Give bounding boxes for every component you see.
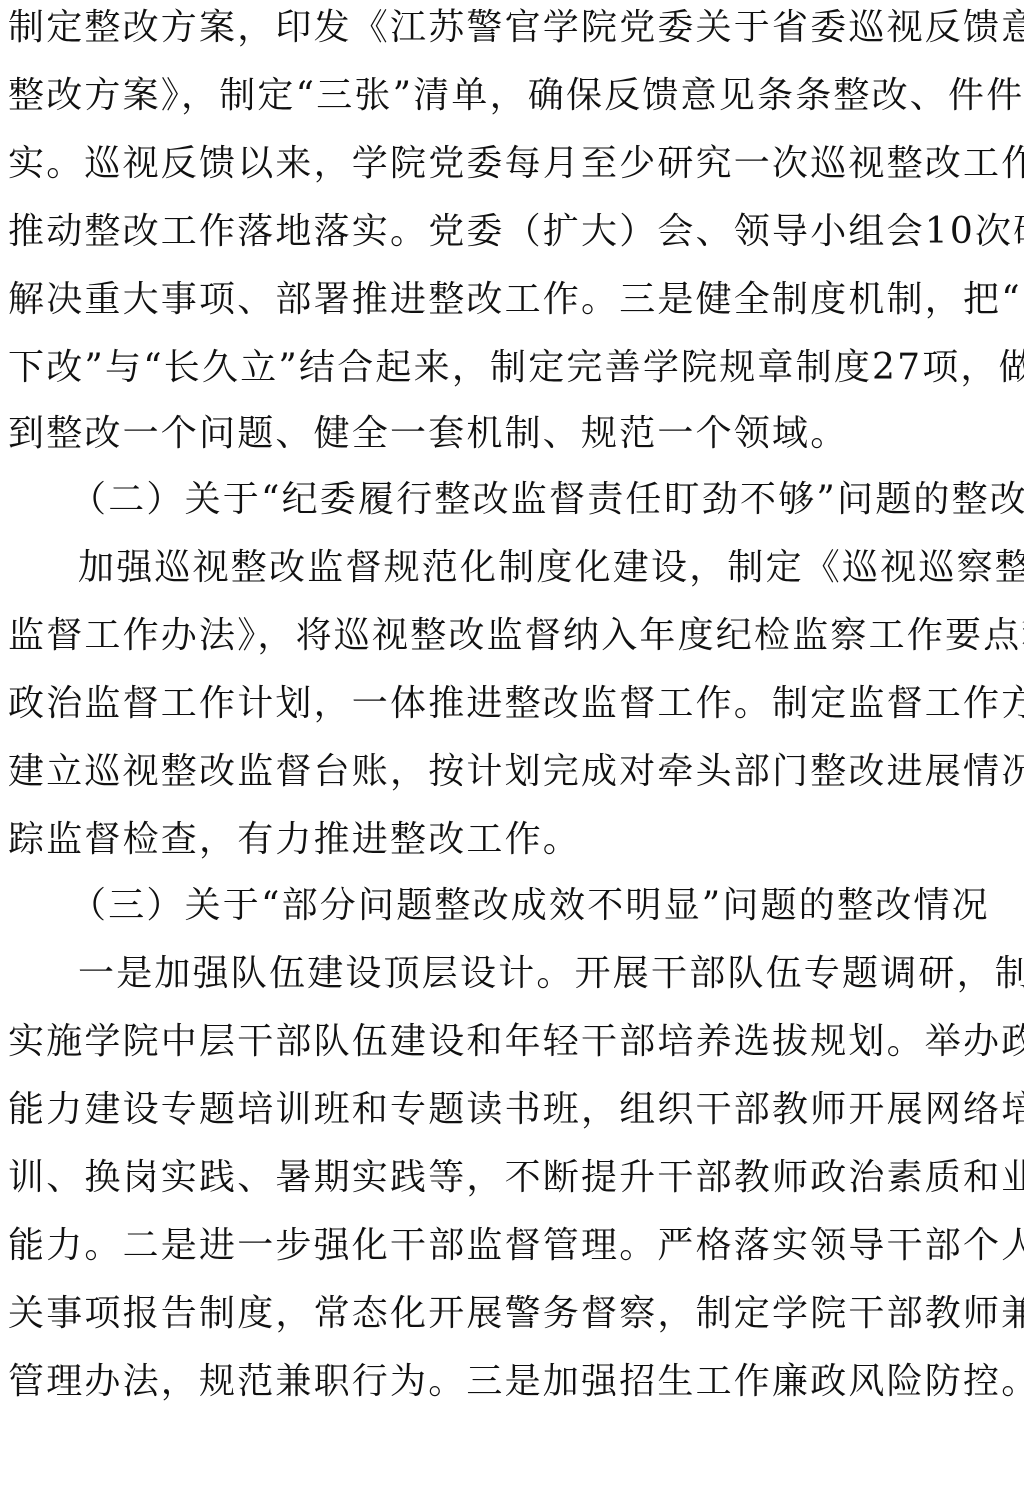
paragraph-1-line-7: 到整改一个问题、健全一套机制、规范一个领域。 bbox=[8, 406, 1000, 462]
section-2-heading: （二）关于“纪委履行整改监督责任盯劲不够”问题的整改情况 bbox=[70, 472, 1000, 528]
section-3-line-3: 能力建设专题培训班和专题读书班，组织干部教师开展网络培 bbox=[8, 1082, 1000, 1138]
paragraph-1-line-2: 整改方案》，制定“三张”清单，确保反馈意见条条整改、件件落 bbox=[8, 68, 1000, 124]
section-2-line-2: 监督工作办法》，将巡视整改监督纳入年度纪检监察工作要点和 bbox=[8, 608, 1000, 664]
paragraph-1-line-6: 下改”与“长久立”结合起来，制定完善学院规章制度27项，做 bbox=[8, 340, 1000, 396]
section-3-line-2: 实施学院中层干部队伍建设和年轻干部培养选拔规划。举办政治 bbox=[8, 1014, 1000, 1070]
section-3-line-1: 一是加强队伍建设顶层设计。开展干部队伍专题调研，制定 bbox=[78, 946, 1000, 1002]
paragraph-1-line-3: 实。巡视反馈以来，学院党委每月至少研究一次巡视整改工作， bbox=[8, 136, 1000, 192]
section-2-line-4: 建立巡视整改监督台账，按计划完成对牵头部门整改进展情况跟 bbox=[8, 744, 1000, 800]
section-3-line-4: 训、换岗实践、暑期实践等，不断提升干部教师政治素质和业务 bbox=[8, 1150, 1000, 1206]
paragraph-1-line-1: 制定整改方案，印发《江苏警官学院党委关于省委巡视反馈意见 bbox=[8, 0, 1000, 56]
section-3-line-7: 管理办法，规范兼职行为。三是加强招生工作廉政风险防控。修 bbox=[8, 1354, 1000, 1410]
section-3-heading: （三）关于“部分问题整改成效不明显”问题的整改情况 bbox=[70, 878, 1000, 934]
section-3-line-5: 能力。二是进一步强化干部监督管理。严格落实领导干部个人有 bbox=[8, 1218, 1000, 1274]
section-2-line-3: 政治监督工作计划，一体推进整改监督工作。制定监督工作方案， bbox=[8, 676, 1000, 732]
section-2-line-5: 踪监督检查，有力推进整改工作。 bbox=[8, 812, 1000, 868]
paragraph-1-line-5: 解决重大事项、部署推进整改工作。三是健全制度机制，把“当 bbox=[8, 272, 1000, 328]
section-3-line-6: 关事项报告制度，常态化开展警务督察，制定学院干部教师兼职 bbox=[8, 1286, 1000, 1342]
document-page: 制定整改方案，印发《江苏警官学院党委关于省委巡视反馈意见 整改方案》，制定“三张… bbox=[0, 0, 1024, 1493]
paragraph-1-line-4: 推动整改工作落地落实。党委（扩大）会、领导小组会10次研究 bbox=[8, 204, 1000, 260]
section-2-line-1: 加强巡视整改监督规范化制度化建设，制定《巡视巡察整改 bbox=[78, 540, 1000, 596]
